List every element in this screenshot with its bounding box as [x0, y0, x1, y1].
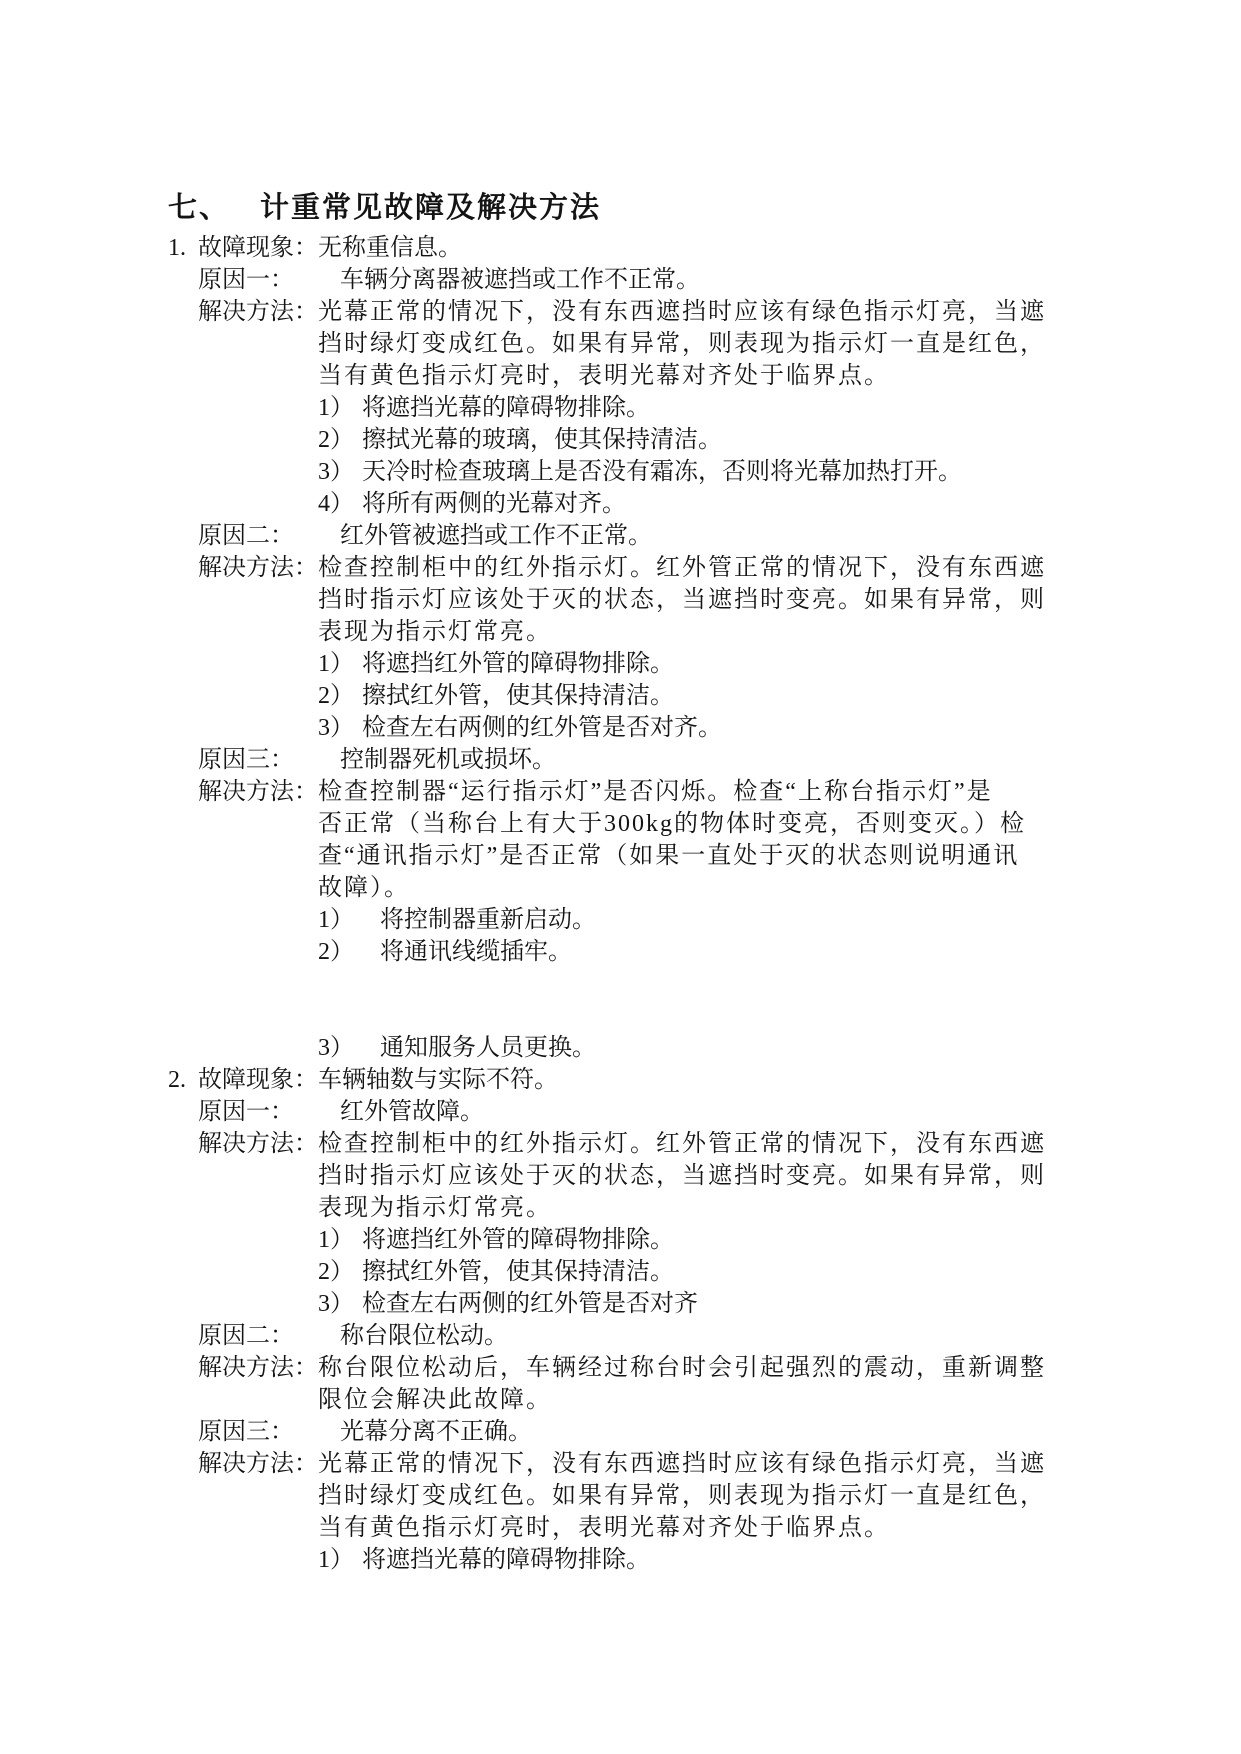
fault-number: 1.	[168, 232, 198, 264]
solution-line: 查“通讯指示灯”是否正常（如果一直处于灭的状态则说明通讯	[318, 840, 1026, 872]
phenomenon-text: 无称重信息。	[318, 232, 462, 264]
solution-row: 解决方法： 光幕正常的情况下，没有东西遮挡时应该有绿色指示灯亮，当遮 挡时绿灯变…	[168, 1448, 1151, 1544]
step-item: 2） 擦拭红外管，使其保持清洁。	[318, 1256, 1151, 1288]
step-text: 将控制器重新启动。	[380, 904, 596, 936]
solution-line: 否正常（当称台上有大于300kg的物体时变亮，否则变灭。）检	[318, 808, 1026, 840]
step-number: 2）	[318, 424, 362, 456]
step-number: 1）	[318, 904, 380, 936]
step-text: 通知服务人员更换。	[380, 1032, 596, 1064]
step-text: 擦拭红外管，使其保持清洁。	[362, 680, 674, 712]
cause-row: 原因二： 红外管被遮挡或工作不正常。	[168, 520, 1151, 552]
solution-text: 检查控制柜中的红外指示灯。红外管正常的情况下，没有东西遮 挡时指示灯应该处于灭的…	[318, 1128, 1046, 1224]
step-number: 2）	[318, 936, 380, 968]
step-item: 3） 检查左右两侧的红外管是否对齐。	[318, 712, 1151, 744]
section-title: 七、 计重常见故障及解决方法	[168, 190, 1151, 226]
cause-text: 红外管被遮挡或工作不正常。	[340, 520, 652, 552]
cause-label: 原因二：	[198, 520, 318, 552]
step-item: 1） 将遮挡光幕的障碍物排除。	[318, 1544, 1151, 1576]
step-item: 2） 擦拭红外管，使其保持清洁。	[318, 680, 1151, 712]
section-title-number: 七、	[168, 190, 260, 226]
solution-text: 光幕正常的情况下，没有东西遮挡时应该有绿色指示灯亮，当遮 挡时绿灯变成红色。如果…	[318, 1448, 1046, 1544]
step-number: 1）	[318, 1224, 362, 1256]
cause-text: 车辆分离器被遮挡或工作不正常。	[340, 264, 700, 296]
solution-line: 检查控制器“运行指示灯”是否闪烁。检查“上称台指示灯”是	[318, 776, 1026, 808]
solution-label: 解决方法：	[198, 1128, 318, 1224]
phenomenon-label: 故障现象：	[198, 232, 318, 264]
solution-line: 称台限位松动后，车辆经过称台时会引起强烈的震动，重新调整	[318, 1352, 1046, 1384]
document-page: 七、 计重常见故障及解决方法 1. 故障现象： 无称重信息。 原因一： 车辆分离…	[0, 0, 1241, 1754]
fault-number: 2.	[168, 1064, 198, 1096]
cause-label: 原因三：	[198, 1416, 318, 1448]
step-text: 将通讯线缆插牢。	[380, 936, 572, 968]
step-number: 1）	[318, 392, 362, 424]
solution-line: 当有黄色指示灯亮时，表明光幕对齐处于临界点。	[318, 360, 1046, 392]
step-number: 2）	[318, 1256, 362, 1288]
solution-line: 挡时绿灯变成红色。如果有异常，则表现为指示灯一直是红色，	[318, 328, 1046, 360]
solution-steps: 1） 将遮挡光幕的障碍物排除。 2） 擦拭光幕的玻璃，使其保持清洁。 3） 天冷…	[168, 392, 1151, 520]
solution-label: 解决方法：	[198, 776, 318, 904]
step-item: 4） 将所有两侧的光幕对齐。	[318, 488, 1151, 520]
fault-item-2: 2. 故障现象： 车辆轴数与实际不符。 原因一： 红外管故障。 解决方法： 检查…	[168, 1064, 1151, 1576]
step-item: 1） 将遮挡红外管的障碍物排除。	[318, 1224, 1151, 1256]
cause-label: 原因三：	[198, 744, 318, 776]
phenomenon-label: 故障现象：	[198, 1064, 318, 1096]
step-item: 1） 将遮挡光幕的障碍物排除。	[318, 392, 1151, 424]
solution-line: 表现为指示灯常亮。	[318, 1192, 1046, 1224]
step-text: 检查左右两侧的红外管是否对齐	[362, 1288, 698, 1320]
solution-line: 光幕正常的情况下，没有东西遮挡时应该有绿色指示灯亮，当遮	[318, 1448, 1046, 1480]
step-text: 将遮挡红外管的障碍物排除。	[362, 1224, 674, 1256]
solution-line: 挡时指示灯应该处于灭的状态，当遮挡时变亮。如果有异常，则	[318, 1160, 1046, 1192]
solution-row: 解决方法： 检查控制柜中的红外指示灯。红外管正常的情况下，没有东西遮 挡时指示灯…	[168, 1128, 1151, 1224]
solution-line: 挡时绿灯变成红色。如果有异常，则表现为指示灯一直是红色，	[318, 1480, 1046, 1512]
solution-label: 解决方法：	[198, 296, 318, 392]
step-text: 天冷时检查玻璃上是否没有霜冻，否则将光幕加热打开。	[362, 456, 962, 488]
step-text: 擦拭红外管，使其保持清洁。	[362, 1256, 674, 1288]
solution-steps: 1） 将遮挡光幕的障碍物排除。	[168, 1544, 1151, 1576]
step-item: 3） 天冷时检查玻璃上是否没有霜冻，否则将光幕加热打开。	[318, 456, 1151, 488]
blank-lines	[168, 968, 1151, 1032]
solution-row: 解决方法： 称台限位松动后，车辆经过称台时会引起强烈的震动，重新调整 限位会解决…	[168, 1352, 1151, 1416]
solution-label: 解决方法：	[198, 1448, 318, 1544]
step-number: 1）	[318, 1544, 362, 1576]
step-item: 2） 擦拭光幕的玻璃，使其保持清洁。	[318, 424, 1151, 456]
solution-line: 检查控制柜中的红外指示灯。红外管正常的情况下，没有东西遮	[318, 552, 1046, 584]
step-item: 1） 将控制器重新启动。	[318, 904, 1151, 936]
solution-line: 挡时指示灯应该处于灭的状态，当遮挡时变亮。如果有异常，则	[318, 584, 1046, 616]
step-number: 3）	[318, 712, 362, 744]
cause-text: 光幕分离不正确。	[340, 1416, 532, 1448]
phenomenon-row: 1. 故障现象： 无称重信息。	[168, 232, 1151, 264]
solution-text: 光幕正常的情况下，没有东西遮挡时应该有绿色指示灯亮，当遮 挡时绿灯变成红色。如果…	[318, 296, 1046, 392]
solution-steps: 1） 将遮挡红外管的障碍物排除。 2） 擦拭红外管，使其保持清洁。 3） 检查左…	[168, 1224, 1151, 1320]
solution-line: 表现为指示灯常亮。	[318, 616, 1046, 648]
solution-label: 解决方法：	[198, 552, 318, 648]
solution-text: 检查控制器“运行指示灯”是否闪烁。检查“上称台指示灯”是 否正常（当称台上有大于…	[318, 776, 1026, 904]
step-text: 将遮挡光幕的障碍物排除。	[362, 392, 650, 424]
phenomenon-text: 车辆轴数与实际不符。	[318, 1064, 558, 1096]
solution-label: 解决方法：	[198, 1352, 318, 1416]
solution-steps: 1） 将控制器重新启动。 2） 将通讯线缆插牢。 3） 通知服务人员更换。	[168, 904, 1151, 1064]
cause-text: 称台限位松动。	[340, 1320, 508, 1352]
step-item: 3） 通知服务人员更换。	[318, 1032, 1151, 1064]
cause-label: 原因二：	[198, 1320, 318, 1352]
step-number: 3）	[318, 1032, 380, 1064]
step-number: 1）	[318, 648, 362, 680]
cause-text: 控制器死机或损坏。	[340, 744, 556, 776]
step-text: 检查左右两侧的红外管是否对齐。	[362, 712, 722, 744]
cause-row: 原因一： 红外管故障。	[168, 1096, 1151, 1128]
solution-line: 检查控制柜中的红外指示灯。红外管正常的情况下，没有东西遮	[318, 1128, 1046, 1160]
step-item: 3） 检查左右两侧的红外管是否对齐	[318, 1288, 1151, 1320]
solution-text: 检查控制柜中的红外指示灯。红外管正常的情况下，没有东西遮 挡时指示灯应该处于灭的…	[318, 552, 1046, 648]
fault-item-1: 1. 故障现象： 无称重信息。 原因一： 车辆分离器被遮挡或工作不正常。 解决方…	[168, 232, 1151, 1064]
cause-label: 原因一：	[198, 1096, 318, 1128]
step-item: 1） 将遮挡红外管的障碍物排除。	[318, 648, 1151, 680]
solution-line: 限位会解决此故障。	[318, 1384, 1046, 1416]
step-text: 擦拭光幕的玻璃，使其保持清洁。	[362, 424, 722, 456]
solution-row: 解决方法： 检查控制器“运行指示灯”是否闪烁。检查“上称台指示灯”是 否正常（当…	[168, 776, 1151, 904]
step-text: 将遮挡红外管的障碍物排除。	[362, 648, 674, 680]
solution-line: 当有黄色指示灯亮时，表明光幕对齐处于临界点。	[318, 1512, 1046, 1544]
step-text: 将所有两侧的光幕对齐。	[362, 488, 626, 520]
section-title-text: 计重常见故障及解决方法	[260, 190, 601, 226]
cause-row: 原因三： 控制器死机或损坏。	[168, 744, 1151, 776]
step-number: 2）	[318, 680, 362, 712]
solution-row: 解决方法： 检查控制柜中的红外指示灯。红外管正常的情况下，没有东西遮 挡时指示灯…	[168, 552, 1151, 648]
cause-row: 原因一： 车辆分离器被遮挡或工作不正常。	[168, 264, 1151, 296]
step-text: 将遮挡光幕的障碍物排除。	[362, 1544, 650, 1576]
solution-text: 称台限位松动后，车辆经过称台时会引起强烈的震动，重新调整 限位会解决此故障。	[318, 1352, 1046, 1416]
step-number: 3）	[318, 1288, 362, 1320]
step-number: 4）	[318, 488, 362, 520]
cause-text: 红外管故障。	[340, 1096, 484, 1128]
phenomenon-row: 2. 故障现象： 车辆轴数与实际不符。	[168, 1064, 1151, 1096]
cause-row: 原因二： 称台限位松动。	[168, 1320, 1151, 1352]
cause-row: 原因三： 光幕分离不正确。	[168, 1416, 1151, 1448]
solution-steps: 1） 将遮挡红外管的障碍物排除。 2） 擦拭红外管，使其保持清洁。 3） 检查左…	[168, 648, 1151, 744]
solution-line: 故障）。	[318, 872, 1026, 904]
solution-line: 光幕正常的情况下，没有东西遮挡时应该有绿色指示灯亮，当遮	[318, 296, 1046, 328]
step-number: 3）	[318, 456, 362, 488]
step-item: 2） 将通讯线缆插牢。	[318, 936, 1151, 968]
cause-label: 原因一：	[198, 264, 318, 296]
solution-row: 解决方法： 光幕正常的情况下，没有东西遮挡时应该有绿色指示灯亮，当遮 挡时绿灯变…	[168, 296, 1151, 392]
